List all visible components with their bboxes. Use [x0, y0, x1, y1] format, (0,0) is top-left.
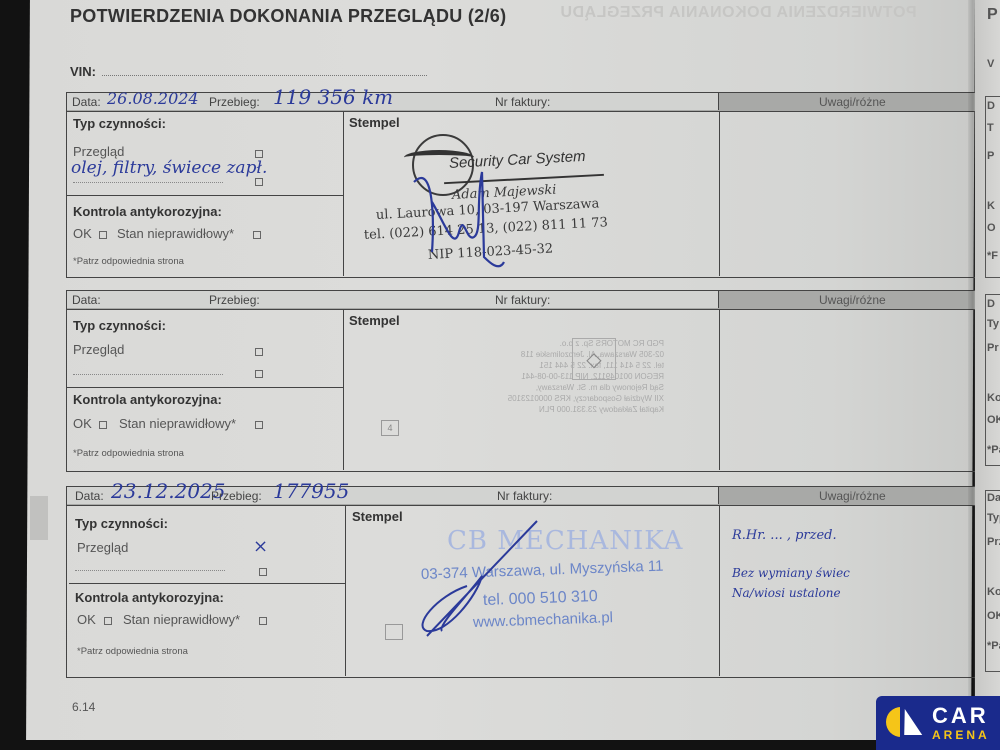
- car-arena-logo-icon: [886, 705, 926, 741]
- przeglad-checkbox[interactable]: [255, 150, 263, 158]
- activity-handwritten-note: olej, filtry, świece zapł.: [71, 158, 267, 178]
- signature: [404, 162, 524, 272]
- remark-line-2: Bez wymiany świec: [732, 566, 850, 580]
- next-page-text-fragment: P: [987, 6, 998, 24]
- faint-stamp-line: Kapitał Zakładowy 23.331.000 PLN: [384, 404, 664, 415]
- car-arena-logo: CAR ARENA: [876, 696, 1000, 750]
- remark-line-1: R.Hr. ... , przed.: [732, 528, 837, 543]
- mileage-value[interactable]: 177955: [273, 479, 349, 503]
- anticorrosion-label: Kontrola antykorozyjna:: [75, 590, 224, 605]
- faint-stamp-line: 02-305 Warszawa, Al. Jerozolimskie 118: [384, 349, 664, 360]
- renault-logo-icon: ◇: [572, 338, 616, 380]
- date-label: Data:: [72, 95, 101, 109]
- mileage-label: Przebieg:: [209, 95, 260, 109]
- ok-checkbox[interactable]: [104, 617, 112, 625]
- invoice-label: Nr faktury:: [497, 489, 552, 503]
- security-car-system-stamp: Security Car System Adam Majewski ul. La…: [364, 132, 694, 272]
- faint-stamp-line: Sąd Rejonowy dla m. St. Warszawy,: [384, 382, 664, 393]
- activity-type-label: Typ czynności:: [75, 516, 168, 531]
- remarks-label: Uwagi/różne: [819, 95, 886, 109]
- date-label: Data:: [75, 489, 104, 503]
- logo-text-car: CAR: [932, 705, 990, 727]
- faint-stamp-line: XII Wydział Gospodarczy, KRS 0000123105: [384, 393, 664, 404]
- page-tab: [30, 496, 48, 540]
- ok-label: OK: [73, 226, 92, 241]
- przeglad-label: Przegląd: [77, 540, 128, 555]
- mileage-value[interactable]: 119 356 km: [273, 85, 393, 109]
- mileage-label: Przebieg:: [211, 489, 262, 503]
- abnormal-label: Stan nieprawidłowy*: [117, 226, 234, 241]
- remarks-label: Uwagi/różne: [819, 489, 886, 503]
- faint-mirrored-stamp: PGD RC MOTORS Sp. z o.o.02-305 Warszawa,…: [384, 338, 664, 448]
- invoice-label: Nr faktury:: [495, 293, 550, 307]
- mileage-label: Przebieg:: [209, 293, 260, 307]
- remarks-area[interactable]: [720, 310, 977, 476]
- ok-label: OK: [77, 612, 96, 627]
- remarks-label: Uwagi/różne: [819, 293, 886, 307]
- stamp-label: Stempel: [349, 313, 400, 328]
- remark-line-3: Na/wiosi ustalone: [732, 586, 841, 600]
- ok-label: OK: [73, 416, 92, 431]
- abnormal-checkbox[interactable]: [253, 231, 261, 239]
- abnormal-checkbox[interactable]: [259, 617, 267, 625]
- vin-label: VIN:: [70, 64, 96, 79]
- record-header: Data: 26.08.2024 Przebieg: 119 356 km Nr…: [66, 92, 978, 112]
- faint-stamp-line: PGD RC MOTORS Sp. z o.o.: [384, 338, 664, 349]
- abnormal-checkbox[interactable]: [255, 421, 263, 429]
- vin-row: VIN:: [70, 64, 427, 79]
- record-header: Data: 23.12.2025 Przebieg: 177955 Nr fak…: [66, 486, 978, 506]
- invoice-label: Nr faktury:: [495, 95, 550, 109]
- next-page-text-fragment: V: [987, 58, 994, 70]
- other-checkbox[interactable]: [255, 178, 263, 186]
- activity-type-label: Typ czynności:: [73, 318, 166, 333]
- small-stamp-box: 4: [381, 420, 399, 436]
- footnote: *Patrz odpowiednia strona: [73, 256, 184, 267]
- mirrored-bleedthrough-title: POTWIERDZENIA DOKONANIA PRZEGLĄDU: [560, 4, 917, 22]
- date-value[interactable]: 26.08.2024: [107, 89, 199, 108]
- faint-stamp-line: tel. 22 5 414 111, fax. 22 5 444 151: [384, 360, 664, 371]
- page-title: POTWIERDZENIA DOKONANIA PRZEGLĄDU (2/6): [70, 6, 506, 27]
- stamp-label: Stempel: [349, 115, 400, 130]
- abnormal-label: Stan nieprawidłowy*: [119, 416, 236, 431]
- ok-checkbox[interactable]: [99, 421, 107, 429]
- other-checkbox[interactable]: [259, 568, 267, 576]
- faint-stamp-line: REGON 001049112, NIP 113-00-08-441: [384, 371, 664, 382]
- przeglad-label: Przegląd: [73, 144, 124, 159]
- remarks-area[interactable]: [720, 112, 977, 278]
- small-stamp-box: [385, 624, 403, 640]
- footnote: *Patrz odpowiednia strona: [77, 646, 188, 657]
- page-number: 6.14: [72, 700, 95, 714]
- vin-field[interactable]: [102, 65, 427, 76]
- record-header: Data: Przebieg: Nr faktury: Uwagi/różne: [66, 290, 978, 310]
- footnote: *Patrz odpowiednia strona: [73, 448, 184, 459]
- date-value[interactable]: 23.12.2025: [111, 479, 226, 503]
- signature: [407, 516, 547, 646]
- remarks-area[interactable]: R.Hr. ... , przed. Bez wymiany świec Na/…: [720, 506, 977, 672]
- przeglad-checkmark[interactable]: ×: [253, 536, 268, 557]
- logo-text-arena: ARENA: [932, 729, 990, 741]
- activity-type-label: Typ czynności:: [73, 116, 166, 131]
- other-checkbox[interactable]: [255, 370, 263, 378]
- abnormal-label: Stan nieprawidłowy*: [123, 612, 240, 627]
- anticorrosion-label: Kontrola antykorozyjna:: [73, 392, 222, 407]
- anticorrosion-label: Kontrola antykorozyjna:: [73, 204, 222, 219]
- przeglad-checkbox[interactable]: [255, 348, 263, 356]
- next-page-edge: PVDTPKO*FDTyPrKoOK*PaDaTypPrzKorOK*Patr: [975, 0, 1000, 700]
- przeglad-label: Przegląd: [73, 342, 124, 357]
- stamp-label: Stempel: [352, 509, 403, 524]
- ok-checkbox[interactable]: [99, 231, 107, 239]
- date-label: Data:: [72, 293, 101, 307]
